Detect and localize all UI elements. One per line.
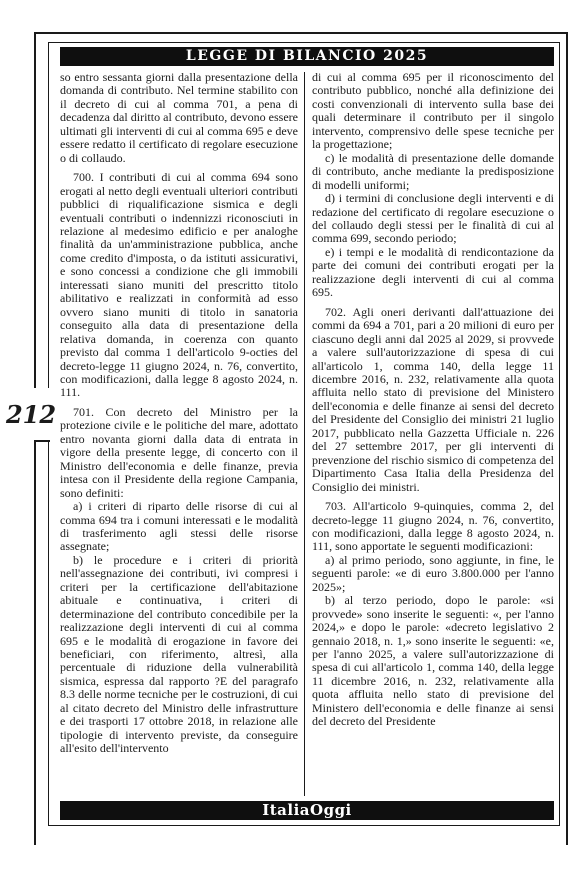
border-notch — [34, 440, 50, 442]
article-body: so entro sessanta giorni dalla presentaz… — [60, 71, 554, 797]
paragraph-continuation: di cui al comma 695 per il riconosciment… — [312, 71, 554, 152]
brand-italia: Italia — [262, 801, 310, 819]
paragraph-item-a: a) i criteri di riparto delle risorse di… — [60, 500, 298, 554]
page-number: 212 — [8, 388, 54, 440]
footer-brand-bar: ItaliaOggi — [60, 801, 554, 820]
paragraph-item-d: d) i termini di conclusione degli interv… — [312, 192, 554, 246]
paragraph-item-e: e) i tempi e le modalità di rendicontazi… — [312, 246, 554, 300]
paragraph-comma-702: 702. Agli oneri derivanti dall'attuazion… — [312, 306, 554, 494]
brand-oggi: Oggi — [310, 801, 352, 819]
column-right: di cui al comma 695 per il riconosciment… — [312, 71, 554, 797]
paragraph-comma-701: 701. Con decreto del Ministro per la pro… — [60, 406, 298, 500]
scanned-document-page: { "header": { "title": "LEGGE DI BILANCI… — [0, 0, 580, 869]
paragraph-item-b: b) le procedure e i criteri di priorità … — [60, 554, 298, 756]
column-left: so entro sessanta giorni dalla presentaz… — [60, 71, 298, 797]
column-divider-rule — [304, 72, 305, 796]
page-number-value: 212 — [6, 400, 56, 429]
paragraph-item-a: a) al primo periodo, sono aggiunte, in f… — [312, 554, 554, 594]
paragraph-item-b: b) al terzo periodo, dopo le parole: «si… — [312, 594, 554, 729]
paragraph-item-c: c) le modalità di presentazione delle do… — [312, 152, 554, 192]
paragraph-comma-703: 703. All'articolo 9-quinquies, comma 2, … — [312, 500, 554, 554]
section-title: LEGGE DI BILANCIO 2025 — [186, 48, 428, 64]
paragraph-comma-700: 700. I contributi di cui al comma 694 so… — [60, 171, 298, 400]
section-header-bar: LEGGE DI BILANCIO 2025 — [60, 47, 554, 66]
paragraph-continuation: so entro sessanta giorni dalla presentaz… — [60, 71, 298, 165]
